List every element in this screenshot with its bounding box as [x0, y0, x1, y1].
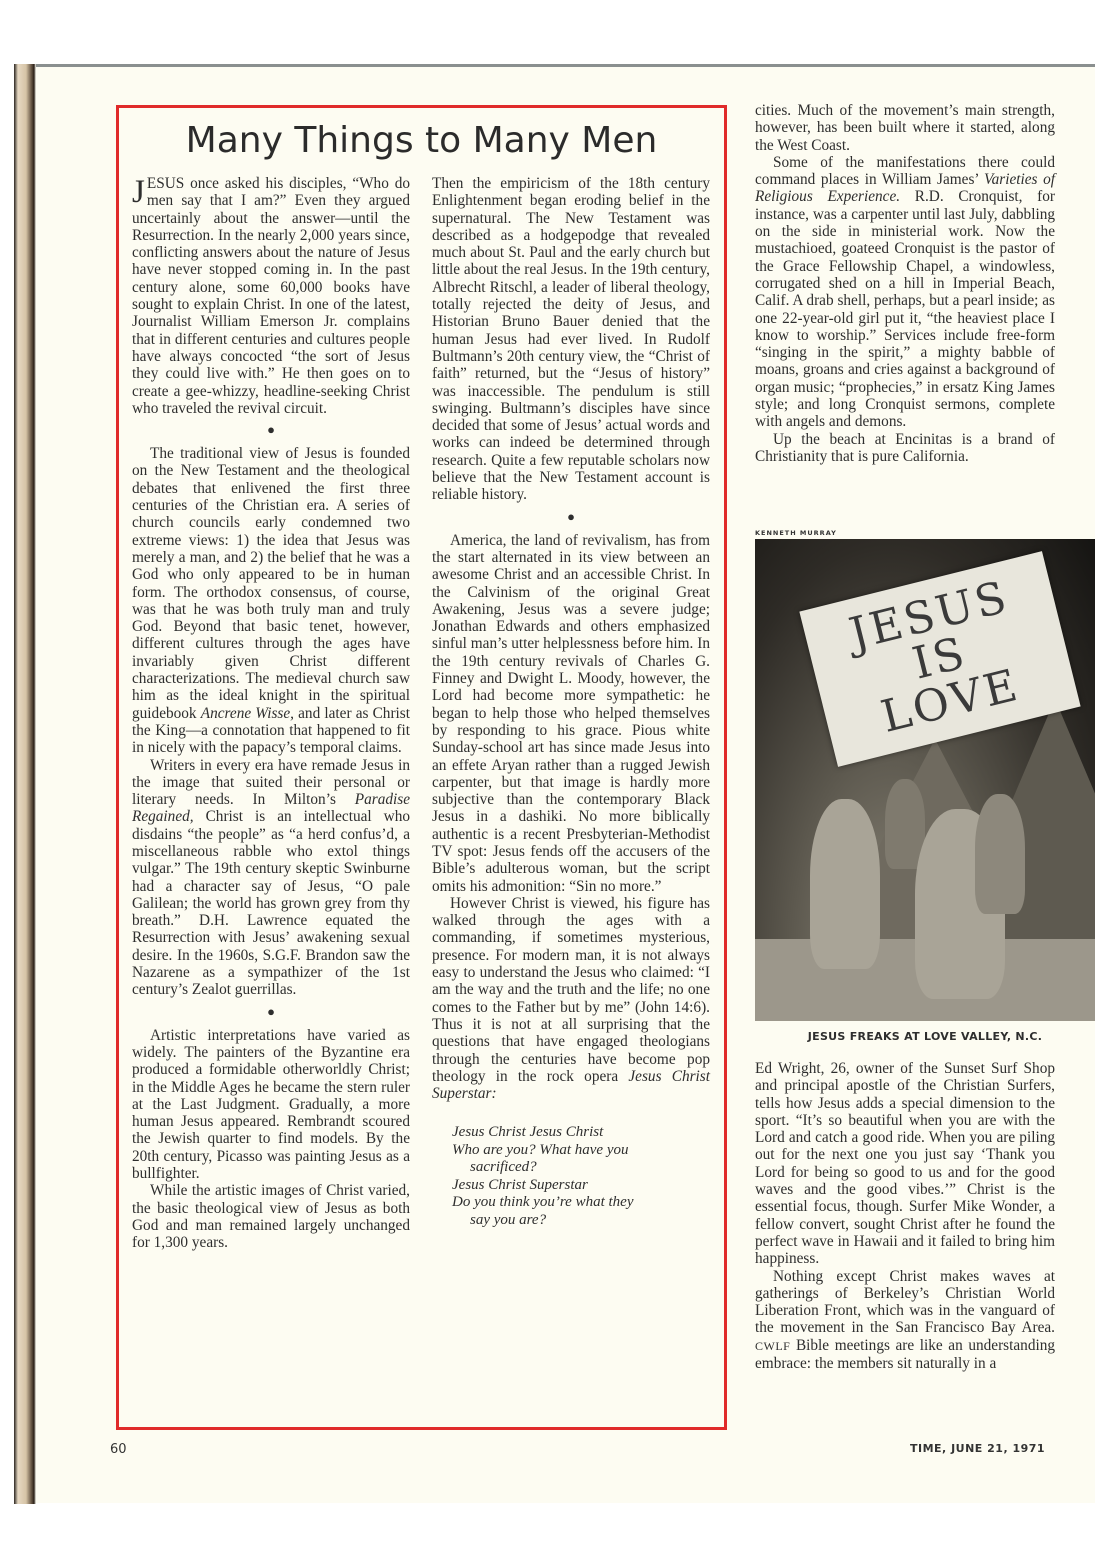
section-bullet: ●	[132, 421, 410, 439]
page-number: 60	[110, 1442, 127, 1457]
lyric-line: Jesus Christ Jesus Christ	[452, 1124, 710, 1142]
lyric-line: sacrificed?	[452, 1159, 710, 1177]
paragraph: Nothing except Christ makes waves at gat…	[755, 1268, 1055, 1373]
paragraph: cities. Much of the movement’s main stre…	[755, 102, 1055, 154]
lyric-line: say you are?	[452, 1212, 710, 1230]
right-column-top: cities. Much of the movement’s main stre…	[755, 102, 1055, 465]
paragraph: Writers in every era have remade Jesus i…	[132, 757, 410, 999]
section-bullet: ●	[432, 508, 710, 526]
paragraph: Up the beach at Encinitas is a brand of …	[755, 431, 1055, 466]
paragraph: America, the land of revivalism, has fro…	[432, 532, 710, 895]
right-column-bottom: Ed Wright, 26, owner of the Sunset Surf …	[755, 1060, 1055, 1372]
paragraph: The traditional view of Jesus is founded…	[132, 445, 410, 756]
article-headline: Many Things to Many Men	[116, 120, 727, 161]
drop-cap: J	[132, 177, 145, 207]
lyric-line: Jesus Christ Superstar	[452, 1177, 710, 1195]
paragraph: While the artistic images of Christ vari…	[132, 1182, 410, 1251]
page-spine-edge	[14, 64, 36, 1504]
paragraph: Artistic interpretations have varied as …	[132, 1027, 410, 1183]
lyric-line: Who are you? What have you	[452, 1142, 710, 1160]
publication-date: TIME, JUNE 21, 1971	[910, 1442, 1045, 1455]
photo-person	[975, 794, 1025, 914]
photo-jesus-freaks: JESUS IS LOVE	[755, 539, 1095, 1021]
paragraph: Ed Wright, 26, owner of the Sunset Surf …	[755, 1060, 1055, 1268]
photo-caption: JESUS FREAKS AT LOVE VALLEY, N.C.	[755, 1030, 1095, 1043]
paragraph: Some of the manifestations there could c…	[755, 154, 1055, 431]
paragraph: However Christ is viewed, his figure has…	[432, 895, 710, 1103]
paragraph: JESUS once asked his disciples, “Who do …	[132, 175, 410, 417]
article-left-column: JESUS once asked his disciples, “Who do …	[132, 175, 410, 1252]
photo-credit: KENNETH MURRAY	[755, 529, 837, 537]
scan-background	[0, 0, 1095, 66]
song-lyrics: Jesus Christ Jesus Christ Who are you? W…	[432, 1124, 710, 1229]
acronym: CWLF	[755, 1339, 790, 1353]
section-bullet: ●	[132, 1003, 410, 1021]
lyric-line: Do you think you’re what they	[452, 1194, 710, 1212]
article-middle-column: Then the empiricism of the 18th century …	[432, 175, 710, 1229]
italic-title: Ancrene Wisse,	[201, 705, 294, 722]
paragraph: Then the empiricism of the 18th century …	[432, 175, 710, 504]
photo-person	[810, 799, 880, 969]
